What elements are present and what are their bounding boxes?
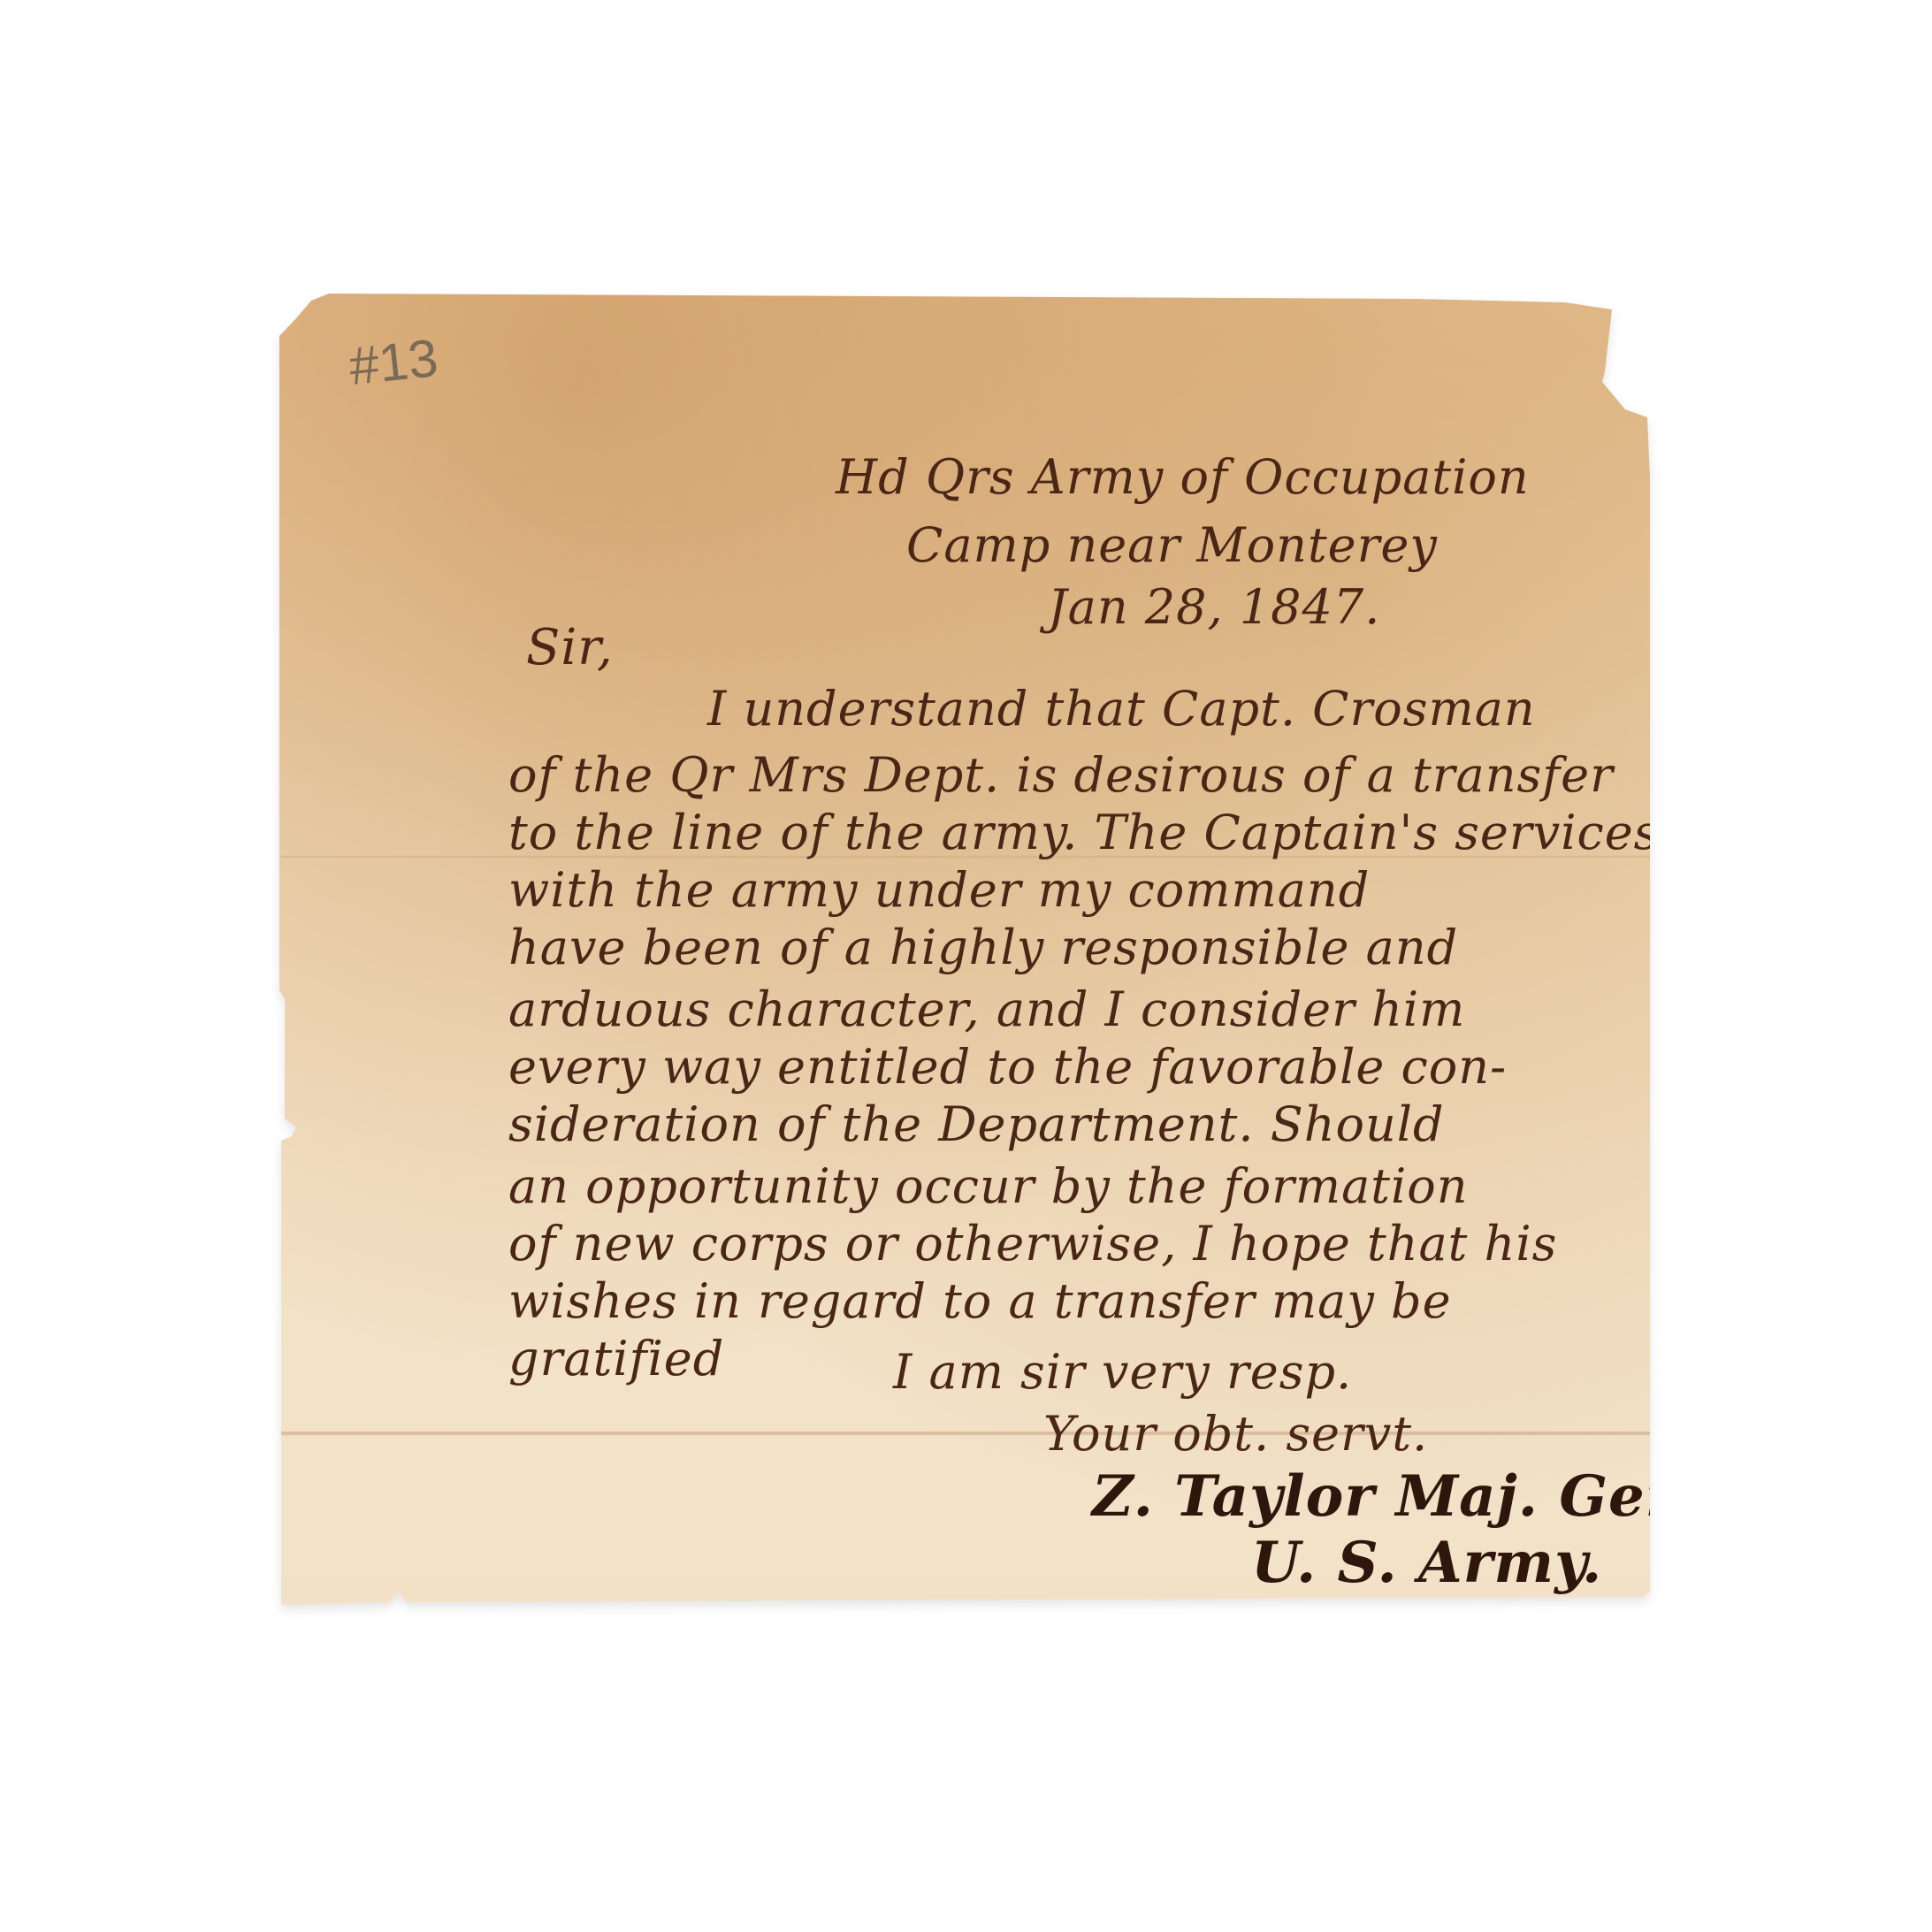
- body-line: an opportunity occur by the formation: [508, 1158, 1469, 1214]
- signature-title: U. S. Army.: [1251, 1530, 1602, 1596]
- body-line: with the army under my command: [508, 862, 1370, 918]
- fold-crease: [281, 1431, 1650, 1436]
- heading-location: Camp near Monterey: [906, 517, 1438, 573]
- letter-sheet: #13 Hd Qrs Army of Occupation Camp near …: [0, 0, 1932, 1932]
- body-line: of new corps or otherwise, I hope that h…: [508, 1216, 1557, 1271]
- body-line: I understand that Capt. Crosman: [707, 681, 1536, 737]
- body-line: to the line of the army. The Captain's s…: [508, 805, 1659, 860]
- body-line: arduous character, and I consider him: [508, 981, 1465, 1037]
- closing-line: I am sir very resp.: [893, 1344, 1352, 1400]
- heading-date: Jan 28, 1847.: [1048, 579, 1380, 635]
- body-line: sideration of the Department. Should: [508, 1096, 1445, 1152]
- body-line: wishes in regard to a transfer may be: [508, 1273, 1452, 1329]
- body-line: of the Qr Mrs Dept. is desirous of a tra…: [508, 747, 1614, 803]
- signature-name: Z. Taylor Maj. Genl.: [1092, 1463, 1730, 1530]
- body-line: every way entitled to the favorable con-: [508, 1039, 1507, 1095]
- body-line: gratified: [508, 1331, 724, 1386]
- heading-headquarters: Hd Qrs Army of Occupation: [836, 449, 1530, 505]
- salutation: Sir,: [526, 619, 614, 676]
- closing-line: Your obt. servt.: [1043, 1406, 1428, 1462]
- archive-mark: #13: [347, 327, 441, 397]
- body-line: have been of a highly responsible and: [508, 920, 1458, 975]
- paper-background: #13 Hd Qrs Army of Occupation Camp near …: [0, 0, 1932, 1932]
